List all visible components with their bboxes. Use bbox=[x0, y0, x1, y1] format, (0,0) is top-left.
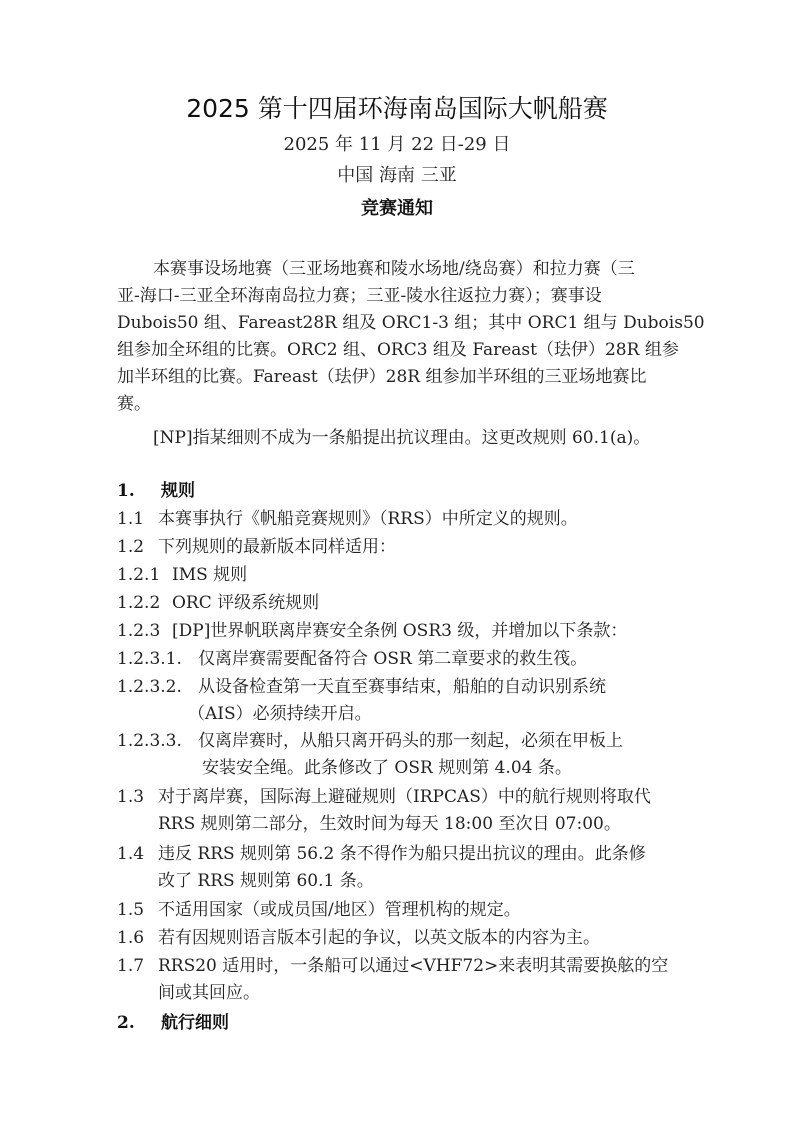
rule-item: 1.4违反 RRS 规则第 56.2 条不得作为船只提出抗议的理由。此条修 bbox=[117, 841, 646, 867]
rule-text: [DP]世界帆联离岸赛安全条例 OSR3 级，并增加以下条款： bbox=[172, 621, 627, 641]
rule-item: 1.3对于离岸赛，国际海上避碰规则（IRPCAS）中的航行规则将取代 bbox=[117, 784, 651, 810]
intro-line: 本赛事设场地赛（三亚场地赛和陵水场地/绕岛赛）和拉力赛（三 bbox=[153, 256, 635, 282]
rule-number: 1.1 bbox=[117, 506, 158, 532]
rule-item: 1.2.1IMS 规则 bbox=[117, 562, 247, 588]
rule-number: 1.3 bbox=[117, 784, 158, 810]
intro-line: Dubois50 组、Fareast28R 组及 ORC1-3 组；其中 ORC… bbox=[117, 310, 705, 336]
rule-text: ORC 评级系统规则 bbox=[172, 593, 319, 613]
rule-number: 1.2.3.2. bbox=[117, 674, 198, 700]
rule-item: 1.2.2ORC 评级系统规则 bbox=[117, 590, 319, 616]
rule-number: 1.2.1 bbox=[117, 562, 172, 588]
np-note: [NP]指某细则不成为一条船提出抗议理由。这更改规则 60.1(a)。 bbox=[153, 425, 650, 451]
rule-text: IMS 规则 bbox=[172, 565, 247, 585]
rule-text: 仅离岸赛时，从船只离开码头的那一刻起，必须在甲板上 bbox=[198, 731, 623, 751]
section-number: 2. bbox=[117, 1010, 161, 1036]
rule-number: 1.2.3.1. bbox=[117, 646, 198, 672]
rule-item: 1.2下列规则的最新版本同样适用： bbox=[117, 534, 396, 560]
event-location: 中国 海南 三亚 bbox=[0, 164, 794, 188]
rule-item: 1.6若有因规则语言版本引起的争议，以英文版本的内容为主。 bbox=[117, 925, 600, 951]
rule-text: 若有因规则语言版本引起的争议，以英文版本的内容为主。 bbox=[158, 928, 600, 948]
intro-line: 组参加全环组的比赛。ORC2 组、ORC3 组及 Fareast（珐伊）28R … bbox=[117, 337, 679, 363]
rule-number: 1.5 bbox=[117, 897, 158, 923]
rule-number: 1.7 bbox=[117, 953, 158, 979]
rule-text-continuation: 安装安全绳。此条修改了 OSR 规则第 4.04 条。 bbox=[202, 755, 572, 781]
rule-text: 从设备检查第一天直至赛事结束，船舶的自动识别系统 bbox=[198, 677, 606, 697]
rule-number: 1.2.3 bbox=[117, 618, 172, 644]
rule-item: 1.7RRS20 适用时，一条船可以通过<VHF72>来表明其需要换舷的空 bbox=[117, 953, 668, 979]
rule-text: RRS20 适用时，一条船可以通过<VHF72>来表明其需要换舷的空 bbox=[158, 956, 668, 976]
rule-text: 本赛事执行《帆船竞赛规则》（RRS）中所定义的规则。 bbox=[158, 509, 578, 529]
rule-number: 1.6 bbox=[117, 925, 158, 951]
rule-item: 1.5不适用国家（或成员国/地区）管理机构的规定。 bbox=[117, 897, 521, 923]
rule-item: 1.2.3.3.仅离岸赛时，从船只离开码头的那一刻起，必须在甲板上 bbox=[117, 728, 623, 754]
rule-text: 下列规则的最新版本同样适用： bbox=[158, 537, 396, 557]
intro-line: 赛。 bbox=[117, 391, 151, 417]
section-number: 1. bbox=[117, 478, 161, 504]
rule-number: 1.2.3.3. bbox=[117, 728, 198, 754]
intro-line: 加半环组的比赛。Fareast（珐伊）28R 组参加半环组的三亚场地赛比 bbox=[117, 364, 647, 390]
rule-text: 仅离岸赛需要配备符合 OSR 第二章要求的救生筏。 bbox=[198, 649, 587, 669]
rule-item: 1.1本赛事执行《帆船竞赛规则》（RRS）中所定义的规则。 bbox=[117, 506, 578, 532]
rule-item: 1.2.3.1.仅离岸赛需要配备符合 OSR 第二章要求的救生筏。 bbox=[117, 646, 587, 672]
section-title: 航行细则 bbox=[161, 1013, 229, 1033]
intro-line: 亚-海口-三亚全环海南岛拉力赛；三亚-陵水往返拉力赛）；赛事设 bbox=[117, 283, 602, 309]
rule-number: 1.2 bbox=[117, 534, 158, 560]
rule-text-continuation: 间或其回应。 bbox=[158, 980, 260, 1006]
event-date: 2025 年 11 月 22 日-29 日 bbox=[0, 133, 794, 157]
rule-item: 1.2.3.2.从设备检查第一天直至赛事结束，船舶的自动识别系统 bbox=[117, 674, 606, 700]
rule-text-continuation: 改了 RRS 规则第 60.1 条。 bbox=[158, 868, 374, 894]
rule-text: 违反 RRS 规则第 56.2 条不得作为船只提出抗议的理由。此条修 bbox=[158, 844, 646, 864]
section-heading-rules: 1.规则 bbox=[117, 478, 195, 504]
section-heading-sailing-instructions: 2.航行细则 bbox=[117, 1010, 229, 1036]
rule-number: 1.4 bbox=[117, 841, 158, 867]
document-page: 2025 第十四届环海南岛国际大帆船赛 2025 年 11 月 22 日-29 … bbox=[0, 0, 794, 1124]
rule-text-continuation: RRS 规则第二部分，生效时间为每天 18:00 至次日 07:00。 bbox=[158, 811, 621, 837]
rule-text-continuation: （AIS）必须持续开启。 bbox=[188, 701, 372, 727]
rule-text: 对于离岸赛，国际海上避碰规则（IRPCAS）中的航行规则将取代 bbox=[158, 787, 651, 807]
rule-text: 不适用国家（或成员国/地区）管理机构的规定。 bbox=[158, 900, 521, 920]
rule-item: 1.2.3[DP]世界帆联离岸赛安全条例 OSR3 级，并增加以下条款： bbox=[117, 618, 627, 644]
document-title: 2025 第十四届环海南岛国际大帆船赛 bbox=[0, 94, 794, 124]
section-title: 规则 bbox=[161, 481, 195, 501]
rule-number: 1.2.2 bbox=[117, 590, 172, 616]
document-type-heading: 竞赛通知 bbox=[0, 197, 794, 221]
